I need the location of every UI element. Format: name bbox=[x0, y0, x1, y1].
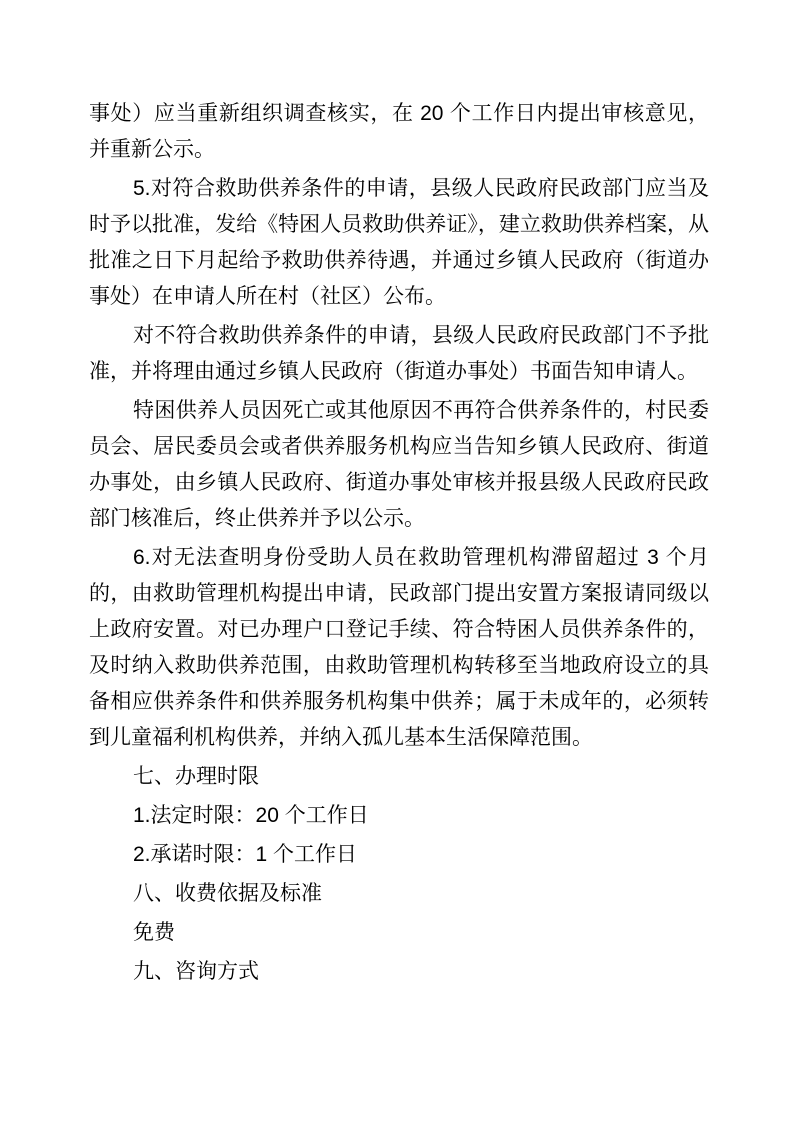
document-page: 事处）应当重新组织调查核实，在 20 个工作日内提出审核意见，并重新公示。 5.… bbox=[0, 0, 793, 1122]
section-heading-9-consultation: 九、咨询方式 bbox=[89, 954, 709, 990]
paragraph-legal-time-limit: 1.法定时限：20 个工作日 bbox=[89, 798, 709, 834]
section-heading-8-fees: 八、收费依据及标准 bbox=[89, 876, 709, 912]
paragraph-termination: 特困供养人员因死亡或其他原因不再符合供养条件的，村民委员会、居民委员会或者供养服… bbox=[89, 393, 709, 537]
paragraph-promised-time-limit: 2.承诺时限：1 个工作日 bbox=[89, 837, 709, 873]
paragraph-item-5-approval: 5.对符合救助供养条件的申请，县级人民政府民政部门应当及时予以批准，发给《特困人… bbox=[89, 171, 709, 315]
paragraph-rejection: 对不符合救助供养条件的申请，县级人民政府民政部门不予批准，并将理由通过乡镇人民政… bbox=[89, 318, 709, 390]
paragraph-free-of-charge: 免费 bbox=[89, 915, 709, 951]
paragraph-continuation: 事处）应当重新组织调查核实，在 20 个工作日内提出审核意见，并重新公示。 bbox=[89, 96, 709, 168]
section-heading-7-time-limit: 七、办理时限 bbox=[89, 759, 709, 795]
paragraph-item-6-placement: 6.对无法查明身份受助人员在救助管理机构滞留超过 3 个月的，由救助管理机构提出… bbox=[89, 540, 709, 756]
